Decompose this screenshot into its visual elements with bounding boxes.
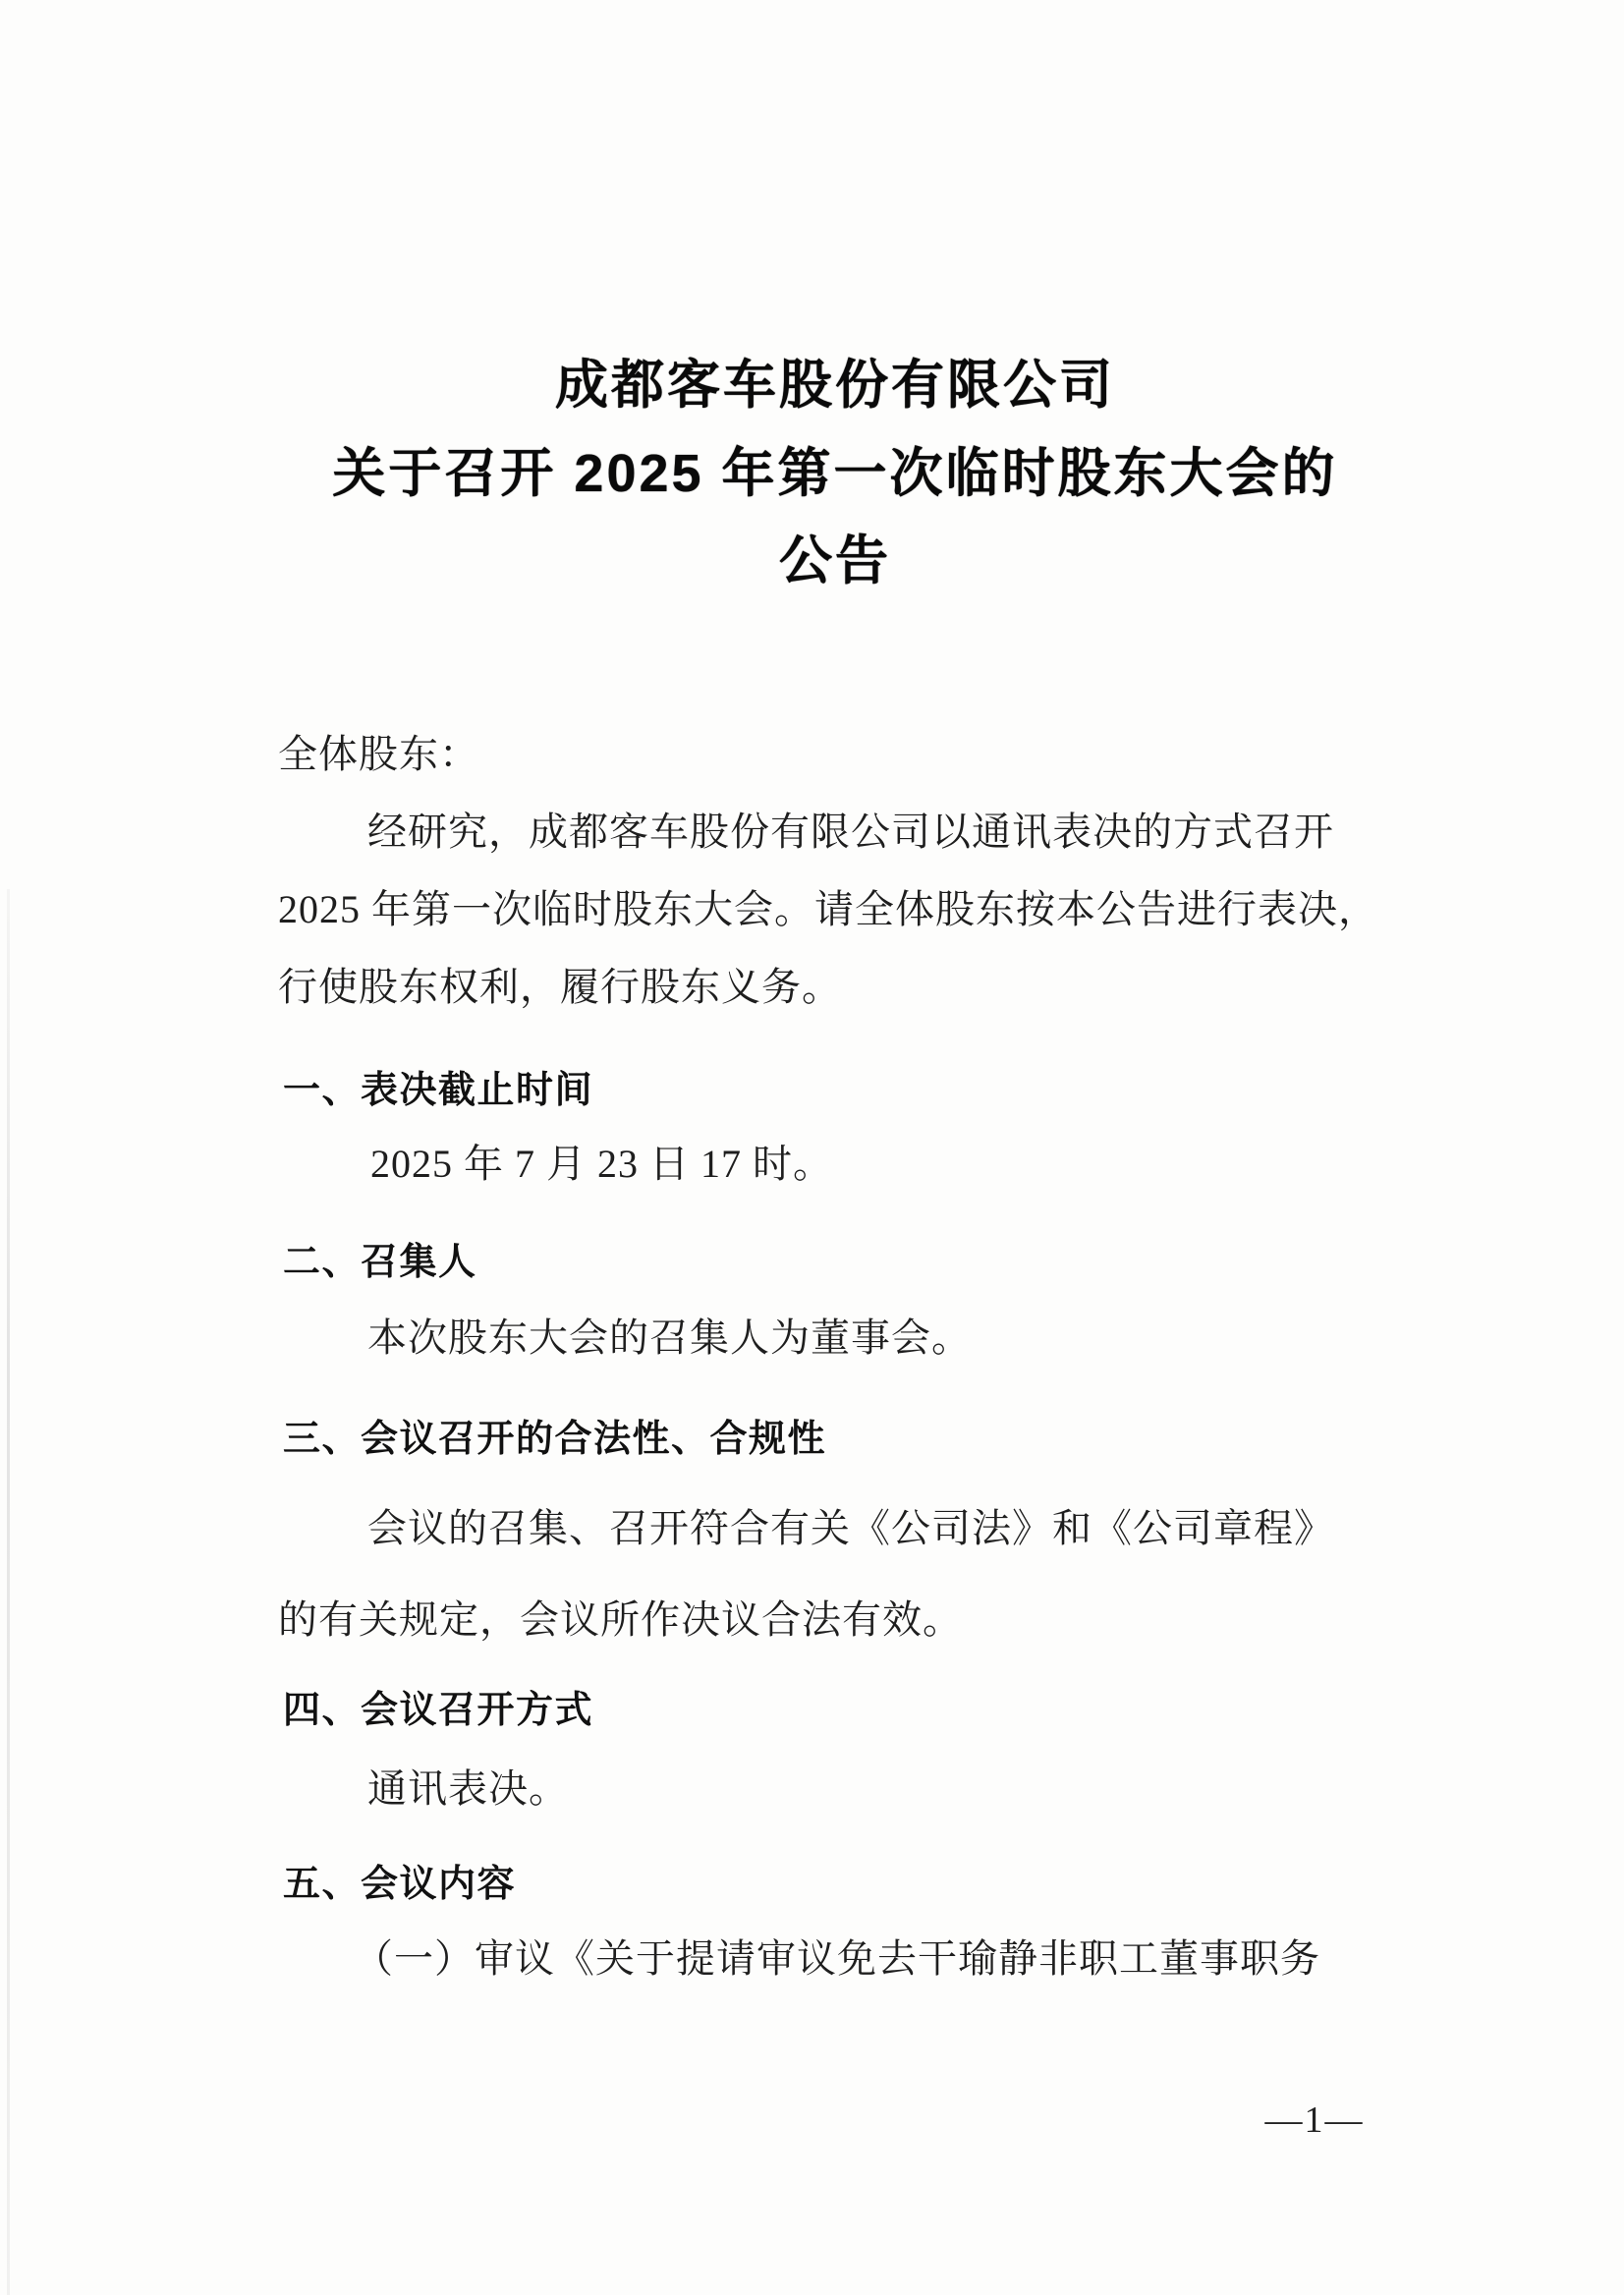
section-4-line-1: 通讯表决。 [367,1766,569,1812]
section-2-line-1: 本次股东大会的召集人为董事会。 [367,1315,972,1361]
intro-line-2: 2025 年第一次临时股东大会。请全体股东按本公告进行表决， [278,887,1378,932]
section-3-line-2: 的有关规定，会议所作决议合法有效。 [278,1597,963,1643]
section-1-heading: 一、表决截止时间 [283,1069,593,1112]
section-3-heading: 三、会议召开的合法性、合规性 [283,1418,826,1461]
section-3-line-1: 会议的召集、召开符合有关《公司法》和《公司章程》 [367,1506,1334,1551]
intro-line-1: 经研究，成都客车股份有限公司以通讯表决的方式召开 [367,810,1334,855]
section-4-heading: 四、会议召开方式 [283,1689,593,1732]
document-title-line-3: 公告 [118,532,1552,590]
document-title-line-2: 关于召开 2025 年第一次临时股东大会的 [118,444,1552,503]
page-number: —1— [1216,2099,1413,2142]
section-5-heading: 五、会议内容 [283,1863,516,1906]
section-1-line-1: 2025 年 7 月 23 日 17 时。 [370,1142,833,1187]
scan-edge-artifact [7,889,10,2295]
document-title-line-1: 成都客车股份有限公司 [118,356,1552,415]
section-5-line-1: （一）审议《关于提请审议免去干瑜静非职工董事职务 [354,1936,1320,1982]
document-page: 成都客车股份有限公司 关于召开 2025 年第一次临时股东大会的 公告 全体股东… [0,0,1624,2295]
intro-line-3: 行使股东权利，履行股东义务。 [278,965,842,1010]
section-2-heading: 二、召集人 [283,1241,477,1284]
salutation-line: 全体股东： [278,732,479,777]
